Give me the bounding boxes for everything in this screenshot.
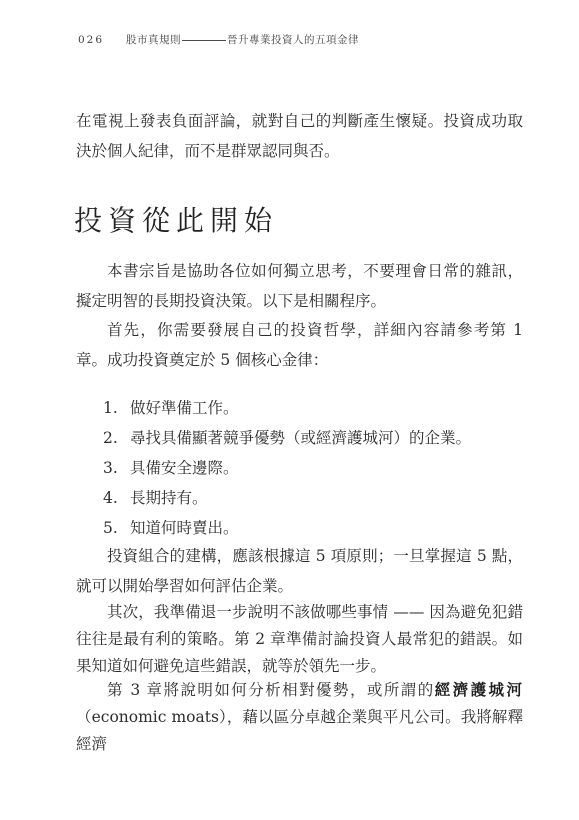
header-dash-rule (182, 40, 226, 41)
paragraph-purpose: 本書宗旨是協助各位如何獨立思考，不要理會日常的雜訊，擬定明智的長期投資決策。以下… (76, 256, 523, 316)
list-item-number: 1. (103, 393, 121, 423)
book-page: 026 股市真規則 晉升專業投資人的五項金律 在電視上發表負面評論，就對自己的判… (0, 0, 579, 820)
moats-text-before: 第 3 章將說明如何分析相對優勢，或所謂的 (107, 681, 435, 699)
list-item-rule-5: 5. 知道何時賣出。 (103, 513, 523, 543)
list-item-rule-1: 1. 做好準備工作。 (103, 393, 523, 423)
list-item-text: 知道何時賣出。 (130, 513, 239, 543)
moats-text-after: （economic moats），藉以區分卓越企業與平凡公司。我將解釋經濟 (76, 708, 523, 753)
list-item-number: 3. (103, 453, 121, 483)
list-item-number: 4. (103, 483, 121, 513)
book-subtitle: 晉升專業投資人的五項金律 (227, 32, 359, 47)
paragraph-moats: 第 3 章將說明如何分析相對優勢，或所謂的經濟護城河（economic moat… (76, 676, 523, 758)
paragraph-philosophy: 首先，你需要發展自己的投資哲學，詳細內容請參考第 1 章。成功投資奠定於 5 個… (76, 315, 523, 375)
paragraph-mistakes: 其次，我準備退一步說明不該做哪些事情 —— 因為避免犯錯往往是最有利的策略。第 … (76, 599, 523, 680)
moats-bold-term: 經濟護城河 (435, 680, 523, 699)
core-rules-list: 1. 做好準備工作。 2. 尋找具備顯著競爭優勢（或經濟護城河）的企業。 3. … (103, 393, 523, 543)
list-item-text: 具備安全邊際。 (130, 453, 239, 483)
list-item-text: 尋找具備顯著競爭優勢（或經濟護城河）的企業。 (130, 423, 471, 453)
list-item-text: 長期持有。 (130, 483, 208, 513)
list-item-rule-3: 3. 具備安全邊際。 (103, 453, 523, 483)
page-number: 026 (78, 34, 104, 46)
paragraph-portfolio: 投資組合的建構，應該根據這 5 項原則；一旦掌握這 5 點，就可以開始學習如何評… (76, 541, 523, 601)
section-heading: 投資從此開始 (74, 201, 278, 241)
book-title: 股市真規則 (126, 32, 181, 47)
list-item-number: 5. (103, 513, 121, 543)
list-item-rule-4: 4. 長期持有。 (103, 483, 523, 513)
list-item-number: 2. (103, 423, 121, 453)
list-item-text: 做好準備工作。 (130, 393, 239, 423)
carryover-paragraph: 在電視上發表負面評論，就對自己的判斷產生懷疑。投資成功取決於個人紀律，而不是群眾… (76, 106, 523, 166)
list-item-rule-2: 2. 尋找具備顯著競爭優勢（或經濟護城河）的企業。 (103, 423, 523, 453)
page-header: 026 股市真規則 晉升專業投資人的五項金律 (78, 32, 359, 47)
